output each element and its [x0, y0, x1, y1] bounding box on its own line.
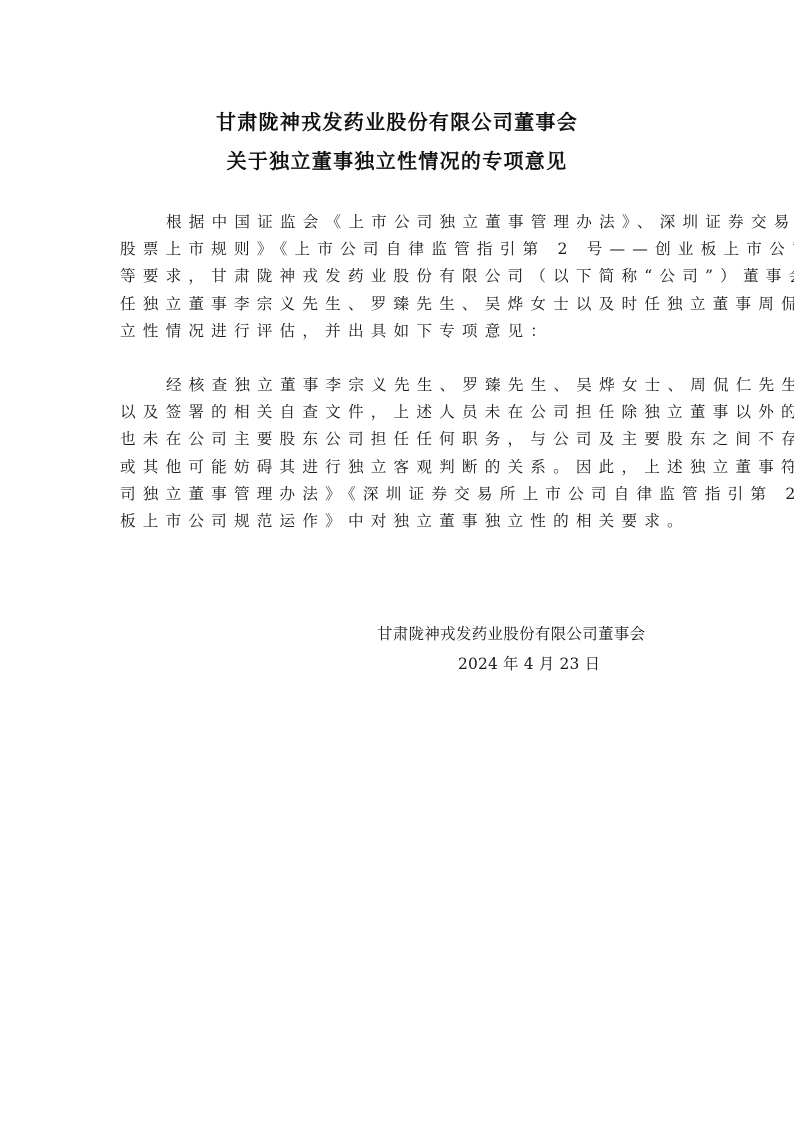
paragraph-line: 板上市公司规范运作》中对独立董事独立性的相关要求。 — [120, 508, 680, 535]
signature-date: 2024 年 4 月 23 日 — [458, 652, 600, 674]
paragraph-line: 也未在公司主要股东公司担任任何职务，与公司及主要股东之间不存在利害关系 — [120, 426, 680, 453]
document-page: 甘肃陇神戎发药业股份有限公司董事会 关于独立董事独立性情况的专项意见 根据中国证… — [0, 0, 794, 1122]
paragraph-line: 以及签署的相关自查文件，上述人员未在公司担任除独立董事以外的任何职务， — [120, 399, 680, 426]
paragraph-line: 司独立董事管理办法》《深圳证券交易所上市公司自律监管指引第 2 号——创业 — [120, 481, 680, 508]
paragraph-verification-conclusion: 经核查独立董事李宗义先生、罗臻先生、吴烨女士、周侃仁先生的任职经历 以及签署的相… — [120, 372, 680, 535]
signature-organization: 甘肃陇神戎发药业股份有限公司董事会 — [377, 622, 645, 644]
document-title-line-2: 关于独立董事独立性情况的专项意见 — [0, 145, 794, 174]
document-title-line-1: 甘肃陇神戎发药业股份有限公司董事会 — [0, 106, 794, 135]
paragraph-evaluation-basis: 根据中国证监会《上市公司独立董事管理办法》、深圳证券交易所《创业板 股票上市规则… — [120, 209, 680, 345]
paragraph-line: 任独立董事李宗义先生、罗臻先生、吴烨女士以及时任独立董事周侃仁先生的独 — [120, 291, 680, 318]
paragraph-line: 股票上市规则》《上市公司自律监管指引第 2 号——创业板上市公司规范运作》 — [120, 236, 680, 263]
paragraph-line: 立性情况进行评估，并出具如下专项意见： — [120, 318, 680, 345]
paragraph-line: 根据中国证监会《上市公司独立董事管理办法》、深圳证券交易所《创业板 — [120, 209, 680, 236]
paragraph-line: 或其他可能妨碍其进行独立客观判断的关系。因此，上述独立董事符合《上市公 — [120, 454, 680, 481]
paragraph-line: 等要求，甘肃陇神戎发药业股份有限公司（以下简称“公司”）董事会就公司现 — [120, 263, 680, 290]
paragraph-line: 经核查独立董事李宗义先生、罗臻先生、吴烨女士、周侃仁先生的任职经历 — [120, 372, 680, 399]
